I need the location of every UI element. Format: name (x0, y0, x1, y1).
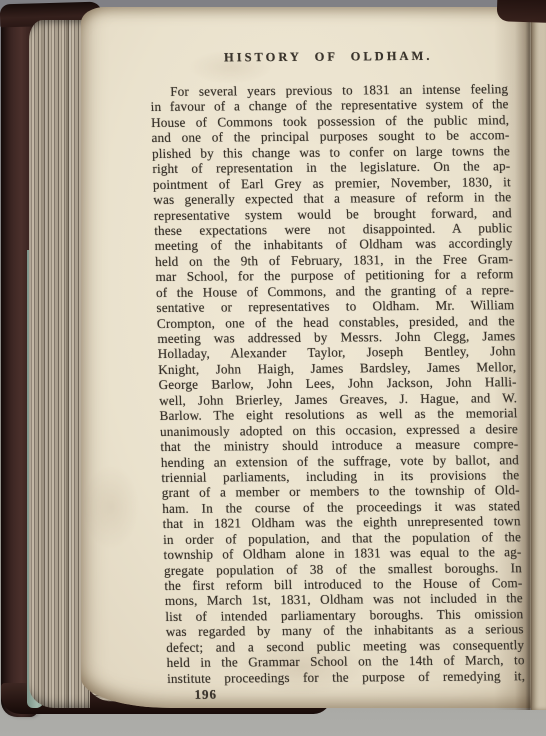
running-header: HISTORY OF OLDHAM. (149, 47, 507, 66)
body-text: For several years previous to 1831 an in… (150, 81, 525, 686)
page-number: 196 (194, 684, 525, 703)
gutter-facing-page-edge (531, 18, 546, 710)
page-text-block: HISTORY OF OLDHAM. For several years pre… (149, 47, 526, 703)
text-line: institute proceedings for the purpose of… (167, 668, 525, 686)
book-scan: HISTORY OF OLDHAM. For several years pre… (0, 0, 546, 736)
book-cover-top-right-corner (497, 0, 546, 23)
